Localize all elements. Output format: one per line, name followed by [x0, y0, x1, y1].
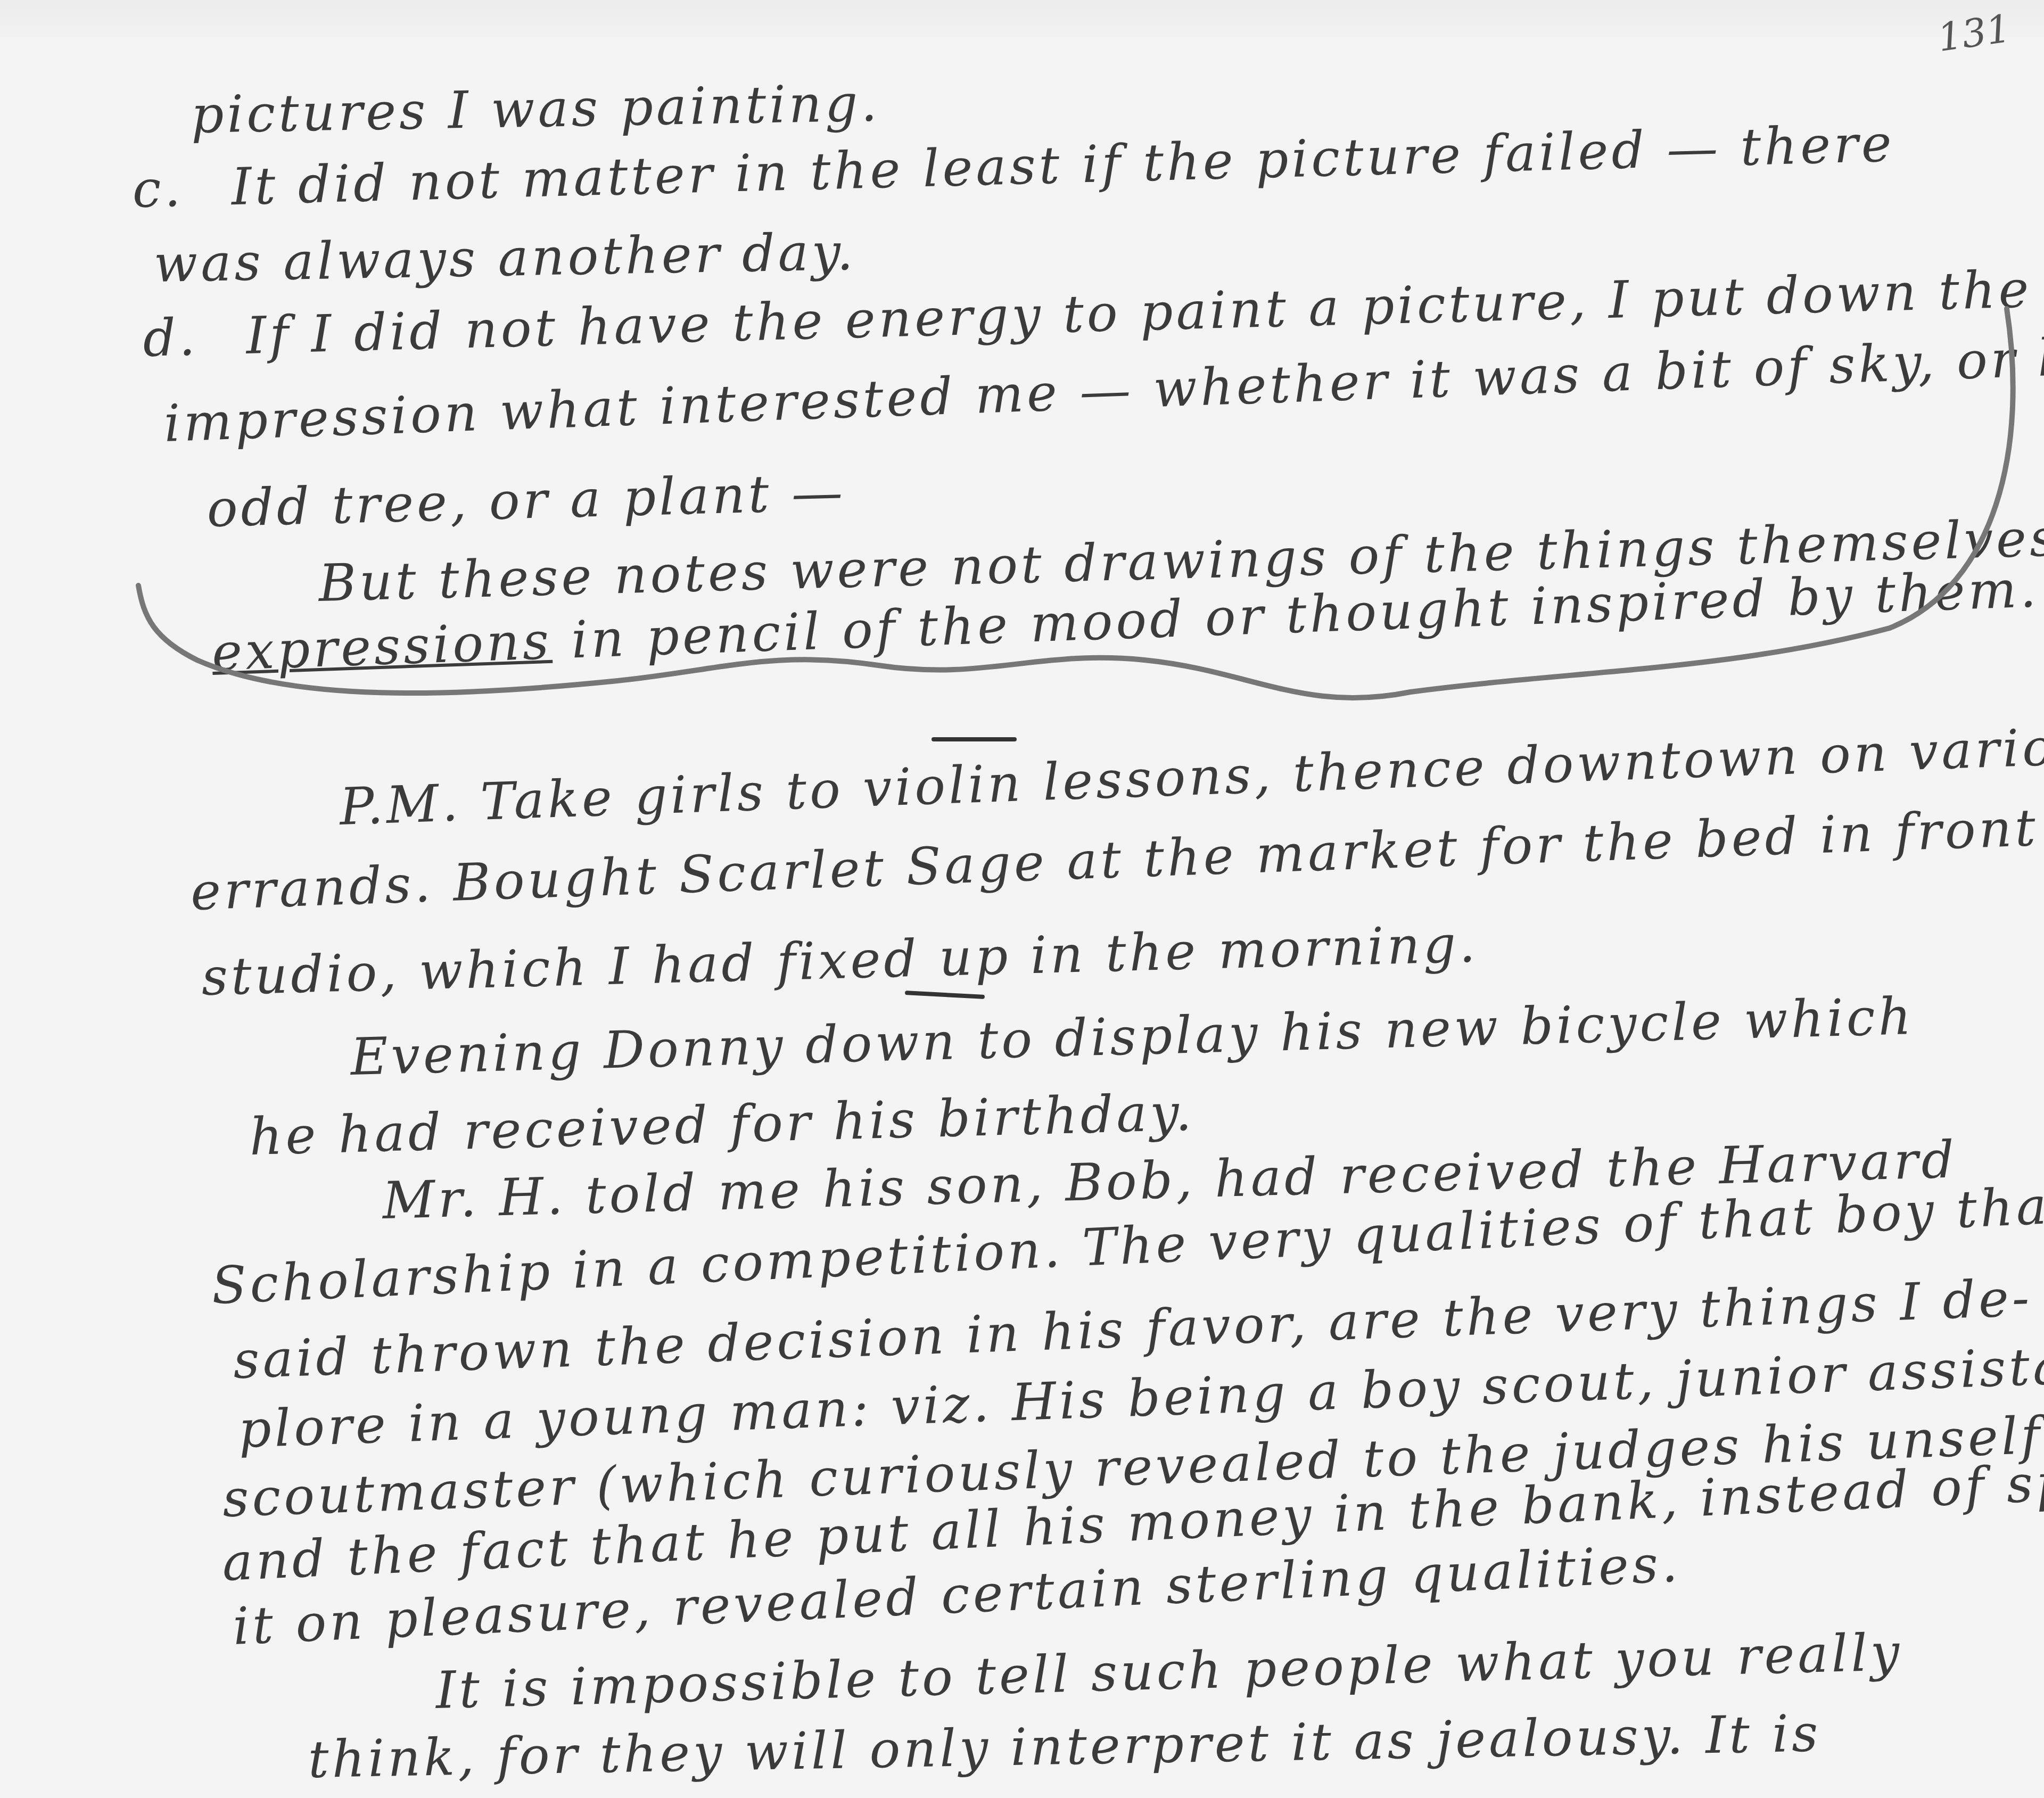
line-text: Evening Donny down to display his new bi…: [350, 986, 1915, 1087]
text-line: Evening Donny down to display his new bi…: [350, 986, 1915, 1087]
line-text: studio, which I had fixed up in the morn…: [201, 914, 1479, 1007]
page-number: 131: [1935, 6, 2014, 60]
text-line: pictures I was painting.: [191, 73, 880, 145]
line-text: pictures I was painting.: [191, 73, 880, 145]
text-line: studio, which I had fixed up in the morn…: [201, 914, 1479, 1007]
text-line: was always another day.: [153, 222, 856, 294]
line-text: odd tree, or a plant —: [206, 463, 846, 539]
section-divider: [932, 737, 1017, 741]
handwritten-diary-page: 131 pictures I was painting. c.It did no…: [0, 0, 2044, 1798]
list-label: c.: [131, 159, 184, 219]
line-text: was always another day.: [153, 222, 856, 294]
text-line: odd tree, or a plant —: [206, 463, 846, 539]
section-divider: [905, 991, 985, 999]
list-label: d.: [142, 307, 199, 368]
underlined-word: expressions: [211, 611, 553, 682]
